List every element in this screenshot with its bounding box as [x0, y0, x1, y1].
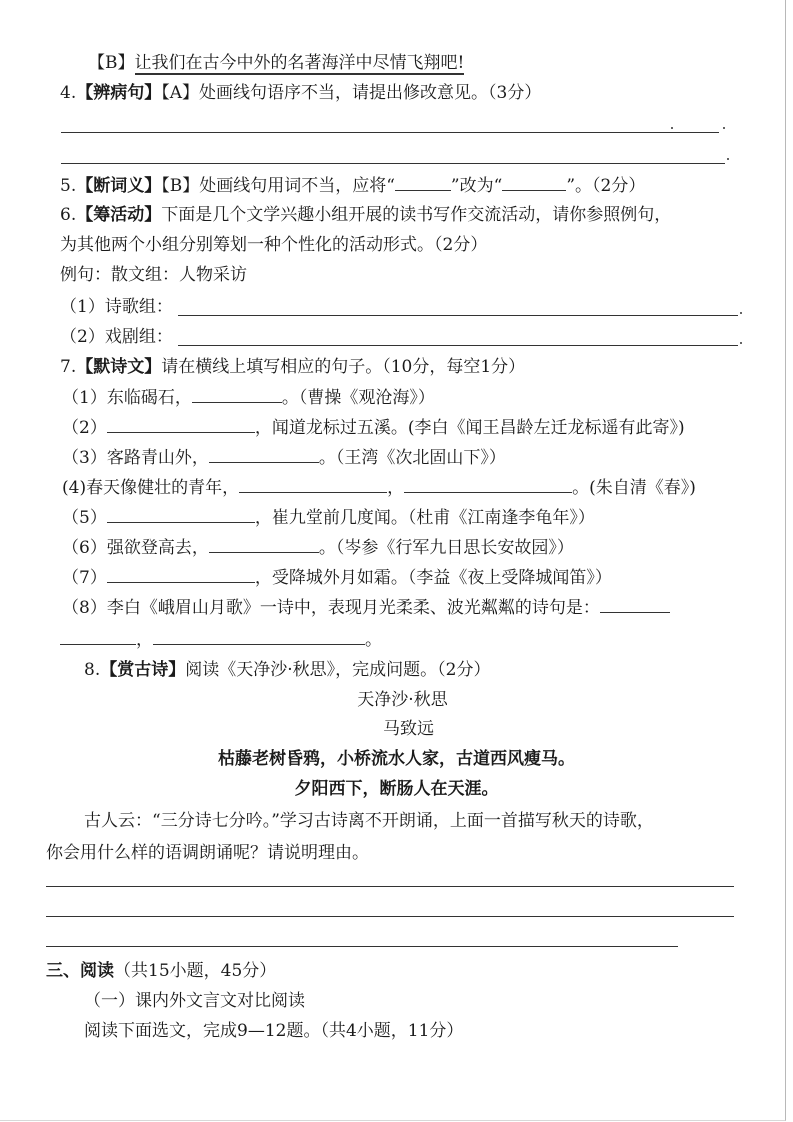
q3-b-underlined-sentence: 让我们在古今中外的名著海洋中尽情飞翔吧!	[135, 53, 465, 75]
q7-text: 请在横线上填写相应的句子。（10分，每空1分）	[161, 357, 525, 377]
q7-item-1-pre: （1）东临碣石，	[62, 388, 192, 408]
q7-item-5-post: ，崔九堂前几度闻。（杜甫《江南逢李龟年》）	[255, 508, 595, 528]
poem-line-2: 夕阳西下，断肠人在天涯。	[0, 778, 793, 800]
q7-item-8-blank-1b[interactable]	[60, 628, 136, 645]
q4-text: 【A】处画线句语序不当，请提出修改意见。（3分）	[161, 83, 541, 103]
q6-text-1: 下面是几个文学兴趣小组开展的读书写作交流活动，请你参照例句，	[161, 205, 671, 225]
q7-item-2-blank[interactable]	[107, 416, 255, 433]
q4-number: 4.	[60, 83, 76, 103]
q5-blank-original[interactable]	[395, 174, 451, 191]
q7-item-7-blank[interactable]	[107, 566, 255, 583]
q4-prompt: 4.【辨病句】【A】处画线句语序不当，请提出修改意见。（3分）	[60, 82, 541, 104]
q7-item-8-post: 。	[365, 630, 382, 650]
q5-text-3: ”。（2分）	[566, 176, 645, 196]
q6-item-2-label: （2）戏剧组：	[60, 326, 173, 348]
q7-item-1-post: 。（曹操《观沧海》）	[282, 388, 435, 408]
q7-item-2-post: ，闻道龙标过五溪。(李白《闻王昌龄左迁龙标遥有此寄》)	[255, 418, 685, 438]
q7-item-5-blank[interactable]	[107, 506, 255, 523]
q7-item-3-pre: （3）客路青山外，	[62, 448, 209, 468]
q7-item-1-blank[interactable]	[192, 386, 282, 403]
section-3-subheading: （一）课内外文言文对比阅读	[84, 990, 305, 1012]
q7-item-4-blank-1[interactable]	[239, 476, 387, 493]
q7-item-6-blank[interactable]	[209, 536, 319, 553]
poem-title: 天净沙·秋思	[6, 689, 793, 711]
q6-item-2-answer-line[interactable]	[178, 345, 738, 346]
poem-author: 马致远	[12, 718, 793, 740]
q8-answer-line-3[interactable]	[46, 946, 678, 947]
q7-item-4-post: 。(朱自清《春》)	[572, 478, 696, 498]
q6-prompt-line-1: 6.【筹活动】下面是几个文学兴趣小组开展的读书写作交流活动，请你参照例句，	[60, 204, 671, 226]
exam-page: 【B】让我们在古今中外的名著海洋中尽情飞翔吧! 4.【辨病句】【A】处画线句语序…	[0, 0, 786, 1121]
q8-number: 8.	[84, 660, 100, 680]
q6-number: 6.	[60, 205, 76, 225]
q8-answer-line-2[interactable]	[46, 916, 734, 917]
q5-text-1: 【B】处画线句用词不当，应将“	[161, 176, 395, 196]
q7-item-8-blank-2[interactable]	[153, 628, 365, 645]
q8-text: 阅读《天净沙·秋思》，完成问题。（2分）	[185, 660, 490, 680]
q7-item-8-line-2: ，。	[60, 628, 382, 651]
q7-prompt: 7.【默诗文】请在横线上填写相应的句子。（10分，每空1分）	[60, 356, 525, 378]
q5-blank-revised[interactable]	[502, 174, 566, 191]
q3-b-tag: 【B】	[88, 53, 135, 73]
q7-item-5-pre: （5）	[62, 508, 107, 528]
q4-dot	[723, 127, 725, 129]
q7-item-3: （3）客路青山外，。（王湾《次北固山下》）	[62, 446, 506, 469]
q8-question-line-2: 你会用什么样的语调朗诵呢？请说明理由。	[46, 842, 369, 864]
section-3-heading: 三、阅读（共15小题，45分）	[46, 960, 276, 982]
q7-tag: 【默诗文】	[76, 357, 161, 377]
q3-b-line: 【B】让我们在古今中外的名著海洋中尽情飞翔吧!	[88, 52, 464, 74]
q7-item-4-pre: (4)春天像健壮的青年，	[62, 478, 239, 498]
q8-question-line-1: 古人云：“三分诗七分吟。”学习古诗离不开朗诵，上面一首描写秋天的诗歌，	[84, 810, 654, 832]
section-3-title: 三、阅读	[46, 961, 114, 981]
q8-answer-line-1[interactable]	[46, 886, 734, 887]
q7-item-5: （5），崔九堂前几度闻。（杜甫《江南逢李龟年》）	[62, 506, 595, 529]
q5-prompt: 5.【断词义】【B】处画线句用词不当，应将“”改为“”。（2分）	[60, 174, 645, 197]
q7-item-2: （2），闻道龙标过五溪。(李白《闻王昌龄左迁龙标遥有此寄》)	[62, 416, 685, 439]
q6-dot	[740, 312, 742, 314]
q5-text-2: ”改为“	[451, 176, 502, 196]
q7-item-7-pre: （7）	[62, 568, 107, 588]
q7-item-3-post: 。（王湾《次北固山下》）	[319, 448, 506, 468]
q7-item-2-pre: （2）	[62, 418, 107, 438]
q4-dot	[727, 158, 729, 160]
q7-item-3-blank[interactable]	[209, 446, 319, 463]
q6-item-1-answer-line[interactable]	[178, 315, 738, 316]
q7-item-7: （7），受降城外月如霜。（李益《夜上受降城闻笛》）	[62, 566, 612, 589]
poem-line-1: 枯藤老树昏鸦，小桥流水人家，古道西风瘦马。	[0, 748, 793, 770]
q8-prompt: 8.【赏古诗】阅读《天净沙·秋思》，完成问题。（2分）	[84, 659, 490, 681]
q4-answer-line-2[interactable]	[61, 163, 725, 164]
q6-prompt-line-2: 为其他两个小组分别筹划一种个性化的活动形式。（2分）	[60, 234, 487, 256]
section-3-instructions: 阅读下面选文，完成9—12题。（共4小题，11分）	[84, 1020, 463, 1042]
q7-item-6-post: 。（岑参《行军九日思长安故园》）	[319, 538, 574, 558]
q6-dot	[740, 342, 742, 344]
q4-tag: 【辨病句】	[76, 83, 161, 103]
q5-number: 5.	[60, 176, 76, 196]
q4-dot	[671, 127, 673, 129]
q7-item-6: （6）强欲登高去，。（岑参《行军九日思长安故园》）	[62, 536, 574, 559]
q6-tag: 【筹活动】	[76, 205, 161, 225]
section-3-note: （共15小题，45分）	[114, 961, 276, 981]
q7-item-4-mid: ，	[387, 478, 404, 498]
q5-tag: 【断词义】	[76, 176, 161, 196]
q8-tag: 【赏古诗】	[100, 660, 185, 680]
q7-item-6-pre: （6）强欲登高去，	[62, 538, 209, 558]
q7-item-1: （1）东临碣石，。（曹操《观沧海》）	[62, 386, 435, 409]
q7-item-8-blank-1a[interactable]	[600, 596, 670, 613]
q4-answer-line-1[interactable]	[61, 132, 719, 133]
q7-item-8: （8）李白《峨眉山月歌》一诗中，表现月光柔柔、波光粼粼的诗句是：	[62, 596, 670, 619]
q7-item-4-blank-2[interactable]	[404, 476, 572, 493]
q7-item-4: (4)春天像健壮的青年，，。(朱自清《春》)	[62, 476, 696, 499]
q7-item-7-post: ，受降城外月如霜。（李益《夜上受降城闻笛》）	[255, 568, 612, 588]
q6-item-1-label: （1）诗歌组：	[60, 296, 173, 318]
q7-item-8-mid: ，	[136, 630, 153, 650]
q6-example: 例句：散文组：人物采访	[60, 264, 247, 286]
q7-item-8-pre: （8）李白《峨眉山月歌》一诗中，表现月光柔柔、波光粼粼的诗句是：	[62, 598, 600, 618]
q7-number: 7.	[60, 357, 76, 377]
